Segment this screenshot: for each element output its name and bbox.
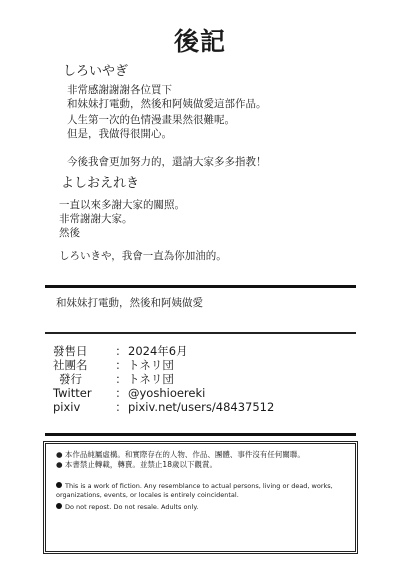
author-name-yoshioereki: よしおえれき	[61, 176, 139, 192]
author1-paragraph-1: 非常感謝謝謝各位買下 和妹妹打電動，然後和阿姨做愛這部作品。	[67, 83, 267, 111]
colophon: 發售日 ： 2024年6月 社團名 ： トネリ団 發行 ： トネリ団 Twitt…	[53, 344, 274, 414]
bullet-icon	[56, 503, 62, 509]
colophon-row-publisher: 發行 ： トネリ団	[53, 372, 274, 386]
text-line: 非常謝謝大家。	[59, 212, 185, 226]
author1-paragraph-3: 今後我會更加努力的，還請大家多多指教！	[67, 155, 267, 169]
colophon-value: トネリ団	[128, 372, 174, 386]
colophon-value: トネリ団	[128, 358, 174, 372]
colophon-key: 社團名	[53, 358, 114, 372]
bullet-icon	[56, 482, 62, 488]
divider-middle	[45, 332, 356, 334]
author2-paragraph-2: しろいきや，我會一直為你加油的。	[59, 249, 227, 263]
colophon-separator: ：	[114, 358, 128, 372]
text-line: 今後我會更加努力的，還請大家多多指教！	[67, 155, 267, 169]
colophon-row-twitter: Twitter ： @yoshioereki	[53, 386, 274, 400]
text-line: 和妹妹打電動，然後和阿姨做愛這部作品。	[67, 97, 267, 111]
author-name-shiroiyagi: しろいやぎ	[63, 64, 128, 80]
colophon-separator: ：	[114, 372, 128, 386]
colophon-separator: ：	[114, 386, 128, 400]
notice-text: This is a work of fiction. Any resemblan…	[56, 482, 333, 499]
notice-jp-fiction: ● 本作品純屬虛構。和實際存在的人物、作品、團體、事件沒有任何關聯。	[56, 450, 347, 460]
text-line: 一直以來多謝大家的關照。	[59, 198, 185, 212]
page-title: 後記	[0, 27, 400, 57]
divider-top	[45, 285, 356, 288]
notice-text: Do not repost. Do not resale. Adults onl…	[65, 503, 198, 511]
colophon-separator: ：	[114, 344, 128, 358]
author2-paragraph-1: 一直以來多謝大家的關照。 非常謝謝大家。 然後	[59, 198, 185, 240]
book-title: 和妹妹打電動，然後和阿姨做愛	[56, 296, 203, 310]
notice-jp-no-repost: ● 本書禁止轉載，轉賣。並禁止18歲以下觀賞。	[56, 460, 347, 470]
colophon-value: 2024年6月	[128, 344, 188, 358]
colophon-row-release-date: 發售日 ： 2024年6月	[53, 344, 274, 358]
colophon-key: 發行	[53, 372, 114, 386]
text-line: 人生第一次的色情漫畫果然很難呢。	[67, 113, 235, 127]
colophon-row-pixiv: pixiv ： pixiv.net/users/48437512	[53, 400, 274, 414]
text-line: しろいきや，我會一直為你加油的。	[59, 249, 227, 263]
colophon-key: Twitter	[53, 386, 114, 400]
divider-bottom	[45, 433, 356, 436]
colophon-separator: ：	[114, 400, 128, 414]
colophon-row-circle: 社團名 ： トネリ団	[53, 358, 274, 372]
text-line: 但是，我做得很開心。	[67, 127, 235, 141]
twitter-handle: @yoshioereki	[128, 386, 205, 400]
notice-en-no-repost: Do not repost. Do not resale. Adults onl…	[56, 503, 347, 512]
pixiv-url: pixiv.net/users/48437512	[128, 400, 274, 414]
text-line: 非常感謝謝謝各位買下	[67, 83, 267, 97]
notice-en-fiction: This is a work of fiction. Any resemblan…	[56, 482, 347, 500]
text-line: 然後	[59, 226, 185, 240]
colophon-key: pixiv	[53, 400, 114, 414]
afterword-page: 後記 しろいやぎ 非常感謝謝謝各位買下 和妹妹打電動，然後和阿姨做愛這部作品。 …	[0, 0, 400, 566]
legal-notice-box: ● 本作品純屬虛構。和實際存在的人物、作品、團體、事件沒有任何關聯。 ● 本書禁…	[43, 441, 358, 554]
author1-paragraph-2: 人生第一次的色情漫畫果然很難呢。 但是，我做得很開心。	[67, 113, 235, 141]
colophon-key: 發售日	[53, 344, 114, 358]
